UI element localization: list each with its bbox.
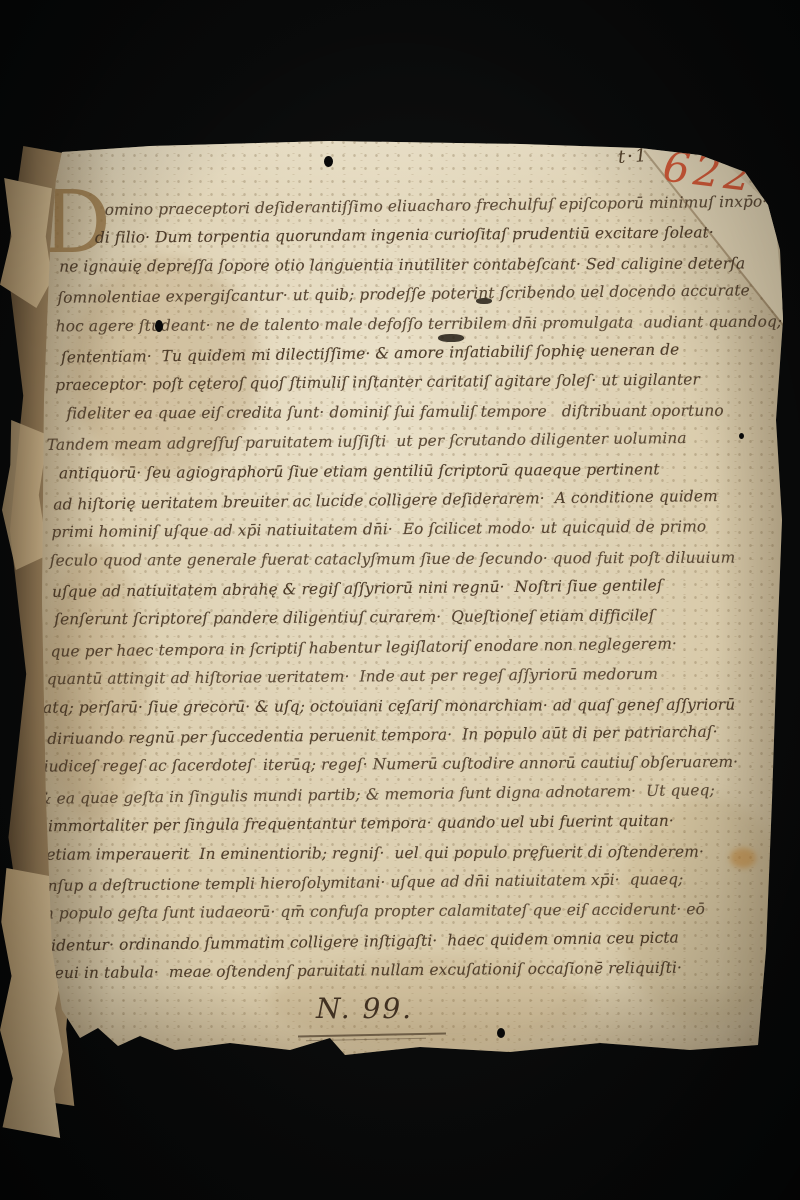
text-line-2: di filio· Dum torpentia quorundam ingeni… [95, 218, 763, 253]
parchment-hole [324, 156, 333, 167]
parchment-hole [739, 433, 744, 439]
catalog-number: N. 99. [316, 992, 413, 1025]
parchment-hole [155, 320, 163, 332]
parchment-hole [497, 1028, 505, 1038]
text-line-12: primi hominiſ uſque ad xp̄i natiuitatem … [51, 512, 765, 548]
parchment-fray-top [0, 178, 52, 308]
ink-smudge [476, 298, 492, 304]
text-line-7: praeceptor· poſt cęteroſ quoſ ſtimuliſ i… [55, 365, 764, 401]
manuscript-lines: omino praeceptori deſiderantiſſimo eliua… [57, 189, 770, 989]
text-line-17: quantū attingit ad hiſtoriae ueritatem· … [47, 659, 767, 695]
text-line-22: immortaliter per ſingula frequentantur t… [48, 806, 768, 842]
ink-smudge [438, 334, 464, 342]
manuscript-photo: D t·1 622 omino praeceptori deſiderantiſ… [0, 0, 800, 1200]
manuscript-page: D t·1 622 omino praeceptori deſiderantiſ… [30, 136, 786, 1066]
corner-annotation: t·1 [617, 145, 649, 168]
